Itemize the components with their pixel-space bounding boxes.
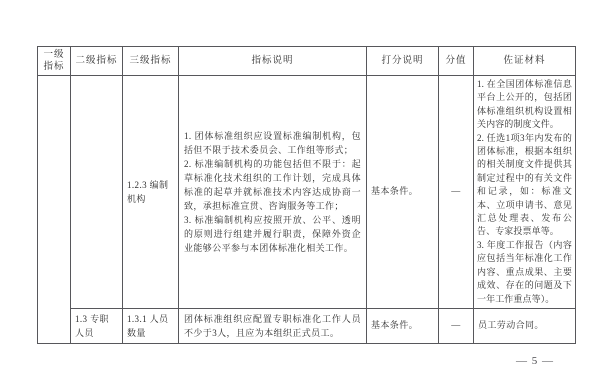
evaluation-indicator-table: 一级指标 二级指标 三级指标 指标说明 打分说明 分值 佐证材料 1.2.3 编… (37, 46, 576, 344)
col-header-level2-indicator: 二级指标 (71, 47, 123, 76)
cell-level2-indicator: 1.3 专职人员 (71, 308, 123, 343)
table-row-1-2-3: 1.2.3 编制机构 1. 团体标准组织应设置标准编制机构，包括但不限于技术委员… (38, 76, 576, 309)
cell-indicator-description: 1. 团体标准组织应设置标准编制机构，包括但不限于技术委员会、工作组等形式； 2… (179, 76, 367, 309)
col-header-supporting-material: 佐证材料 (474, 47, 576, 76)
cell-score-value: — (439, 76, 474, 309)
col-header-scoring-description: 打分说明 (367, 47, 439, 76)
page-number: — 5 — (505, 355, 565, 367)
cell-level3-indicator: 1.3.1 人员数量 (123, 308, 179, 343)
cell-level3-indicator: 1.2.3 编制机构 (123, 76, 179, 309)
col-header-score-value: 分值 (439, 47, 474, 76)
cell-indicator-description: 团体标准组织应配置专职标准化工作人员不少于3人，且应为本组织正式员工。 (179, 308, 367, 343)
cell-level1-indicator-empty (38, 76, 71, 344)
table-row-1-3-1: 1.3 专职人员 1.3.1 人员数量 团体标准组织应配置专职标准化工作人员不少… (38, 308, 576, 343)
col-header-level1-indicator: 一级指标 (38, 47, 71, 76)
cell-scoring-description: 基本条件。 (367, 76, 439, 309)
col-header-indicator-description: 指标说明 (179, 47, 367, 76)
cell-supporting-material: 1. 在全国团体标准信息平台上公开的，包括团体标准组织机构设置相关内容的制度文件… (474, 76, 576, 309)
cell-level2-indicator-empty (71, 76, 123, 309)
cell-scoring-description: 基本条件。 (367, 308, 439, 343)
header-row: 一级指标 二级指标 三级指标 指标说明 打分说明 分值 佐证材料 (38, 47, 576, 76)
cell-score-value: — (439, 308, 474, 343)
col-header-level3-indicator: 三级指标 (123, 47, 179, 76)
cell-supporting-material: 员工劳动合同。 (474, 308, 576, 343)
